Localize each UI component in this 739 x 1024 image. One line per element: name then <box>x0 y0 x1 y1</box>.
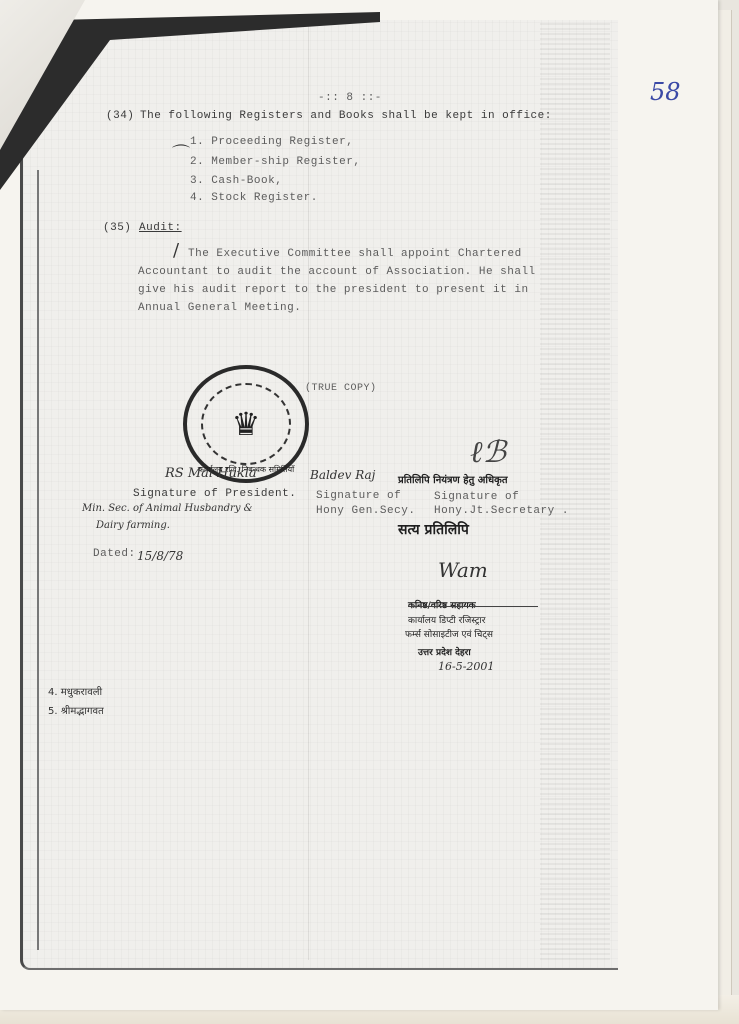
jt-secy-label-line1: Signature of <box>434 491 519 503</box>
stamp-line1: कनिष्ठ/वरिष्ठ सहायक <box>408 598 476 611</box>
paragraph-line: Accountant to audit the account of Assoc… <box>138 266 536 278</box>
jt-secy-hindi-stamp: प्रतिलिपि नियंत्रण हेतु अधिकृत <box>398 472 508 486</box>
paragraph-line: The Executive Committee shall appoint Ch… <box>188 248 522 260</box>
margin-note-line1: 4. मधुकरावली <box>48 684 102 698</box>
stamp-line2: कार्यालय डिप्टी रजिस्ट्रार <box>408 613 485 626</box>
handwritten-note-line2: Dairy farming. <box>96 520 170 531</box>
list-item: 3. Cash-Book, <box>190 175 282 187</box>
stamp-line3: फर्म्स सोसाइटीज एवं चिट्स <box>405 627 493 640</box>
paragraph-line: give his audit report to the president t… <box>138 284 529 296</box>
true-copy-label: (TRUE COPY) <box>305 383 377 394</box>
president-signature-label: Signature of President. <box>133 488 296 500</box>
check-mark-icon: / <box>173 240 179 261</box>
document-page: 58 -:: 8 ::- (34) The following Register… <box>0 0 718 1010</box>
paragraph-line: Annual General Meeting. <box>138 302 301 314</box>
check-mark-icon: ⌒ <box>172 140 190 166</box>
gen-secy-label-line2: Hony Gen.Secy. <box>316 505 415 517</box>
stamp-date: 16-5-2001 <box>438 660 494 673</box>
toner-speckle <box>540 20 610 960</box>
jt-secy-label-line2: Hony.Jt.Secretary . <box>434 505 569 517</box>
page-number: 58 <box>650 78 681 106</box>
president-signature: RS Mal Hukla <box>165 466 257 481</box>
national-emblem-icon: ♛ <box>232 405 261 443</box>
list-item: 4. Stock Register. <box>190 192 318 204</box>
section-heading: Audit: <box>139 222 182 234</box>
section-number: (35) <box>103 222 131 234</box>
list-item: 1. Proceeding Register, <box>190 136 353 148</box>
gen-secy-signature: Baldev Raj <box>310 468 375 482</box>
dated-label: Dated: <box>93 548 136 560</box>
header-marker: -:: 8 ::- <box>318 92 382 104</box>
margin-note-line2: 5. श्रीमद्भागवत <box>48 703 104 717</box>
officer-signature: Wam <box>438 558 488 582</box>
list-item: 2. Member-ship Register, <box>190 156 360 168</box>
strike-line <box>408 606 538 607</box>
true-copy-hindi: सत्य प्रतिलिपि <box>398 520 469 539</box>
stamp-line4: उत्तर प्रदेश देहरा <box>418 645 471 658</box>
margin-rule <box>37 170 39 950</box>
section-number: (34) <box>106 110 134 122</box>
handwritten-note-line1: Min. Sec. of Animal Husbandry & <box>82 503 253 514</box>
gen-secy-label-line1: Signature of <box>316 490 401 502</box>
dated-value: 15/8/78 <box>137 549 183 563</box>
section-text: The following Registers and Books shall … <box>140 110 552 122</box>
jt-secy-signature: ℓℬ <box>470 435 506 470</box>
